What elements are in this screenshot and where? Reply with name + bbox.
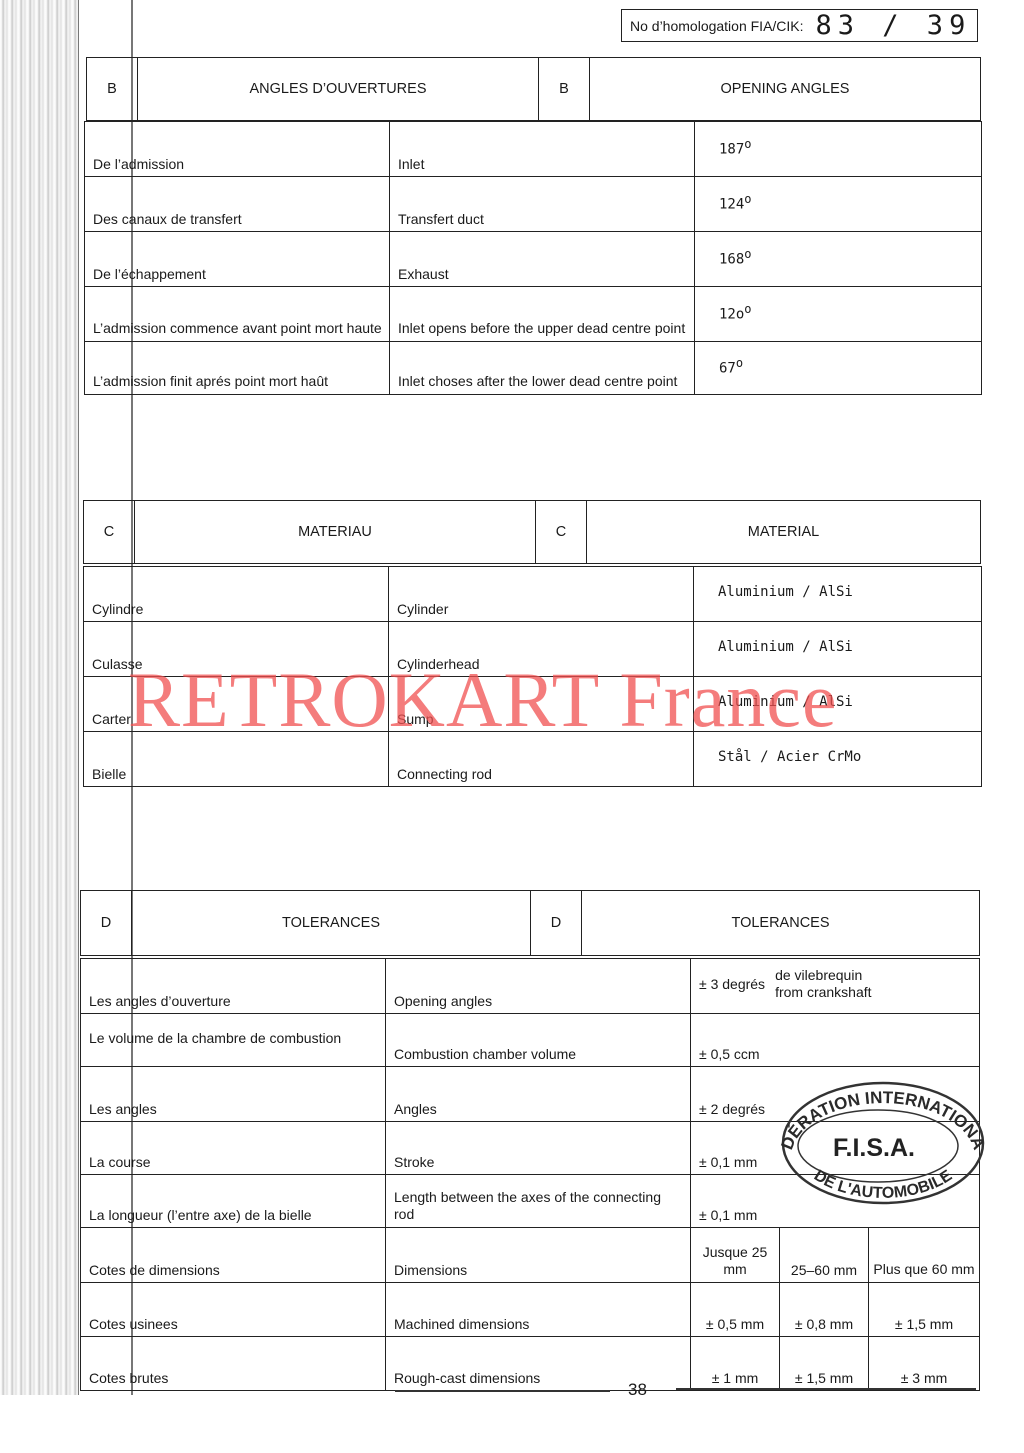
- row-label-fr: L’admission finit aprés point mort haût: [85, 342, 390, 395]
- row-label-en: Opening angles: [386, 959, 691, 1014]
- footer-line: [676, 1388, 976, 1390]
- row-label-fr: Culasse: [84, 622, 389, 677]
- row-value: Aluminium / AlSi: [694, 622, 982, 677]
- row-label-en: Inlet choses after the lower dead centre…: [390, 342, 695, 395]
- row-label-fr: De l’admission: [85, 122, 390, 177]
- scan-margin: [0, 0, 78, 1395]
- row-value: ± 1,5 mm: [780, 1337, 869, 1391]
- row-label-fr: Cotes de dimensions: [81, 1228, 386, 1283]
- section-d-header: D TOLERANCES D TOLERANCES: [80, 890, 980, 956]
- table-row: Cotes usinees Machined dimensions ± 0,5 …: [81, 1283, 980, 1337]
- section-title-en: MATERIAL: [587, 501, 981, 564]
- scan-edge-line: [78, 0, 79, 1395]
- table-row: Bielle Connecting rod Stål / Acier CrMo: [84, 732, 982, 787]
- table-row: Le volume de la chambre de combustion Co…: [81, 1014, 980, 1067]
- row-label-en: Machined dimensions: [386, 1283, 691, 1337]
- row-value: ± 3 mm: [869, 1337, 980, 1391]
- row-value: 12oo: [695, 287, 982, 342]
- section-letter: B: [539, 58, 590, 121]
- tolerance-note-en: from crankshaft: [775, 984, 871, 1001]
- row-label-fr: La longueur (l’entre axe) de la bielle: [81, 1175, 386, 1228]
- row-value: 187o: [695, 122, 982, 177]
- homologation-box: No d’homologation FIA/CIK: 83 / 39: [621, 9, 978, 42]
- row-label-fr: Les angles: [81, 1067, 386, 1122]
- table-row: Cotes brutes Rough-cast dimensions ± 1 m…: [81, 1337, 980, 1391]
- row-value: ± 1 mm: [691, 1337, 780, 1391]
- row-label-en: Sump: [389, 677, 694, 732]
- row-label-fr: Cylindre: [84, 567, 389, 622]
- homologation-label: No d’homologation FIA/CIK:: [630, 18, 804, 34]
- row-label-fr: Carter: [84, 677, 389, 732]
- section-letter: D: [531, 891, 582, 956]
- table-row: L’admission finit aprés point mort haût …: [85, 342, 982, 395]
- homologation-number: 83 / 39: [816, 10, 972, 41]
- table-row: De l’admission Inlet 187o: [85, 122, 982, 177]
- row-value: ± 2 degrés: [691, 1067, 980, 1122]
- row-value: ± 0,1 mm: [691, 1175, 980, 1228]
- section-c-table: Cylindre Cylinder Aluminium / AlSi Culas…: [83, 566, 982, 787]
- section-letter: D: [81, 891, 132, 956]
- column-header: Jusque 25 mm: [691, 1228, 780, 1283]
- section-title-fr: TOLERANCES: [132, 891, 531, 956]
- row-label-en: Length between the axes of the connectin…: [386, 1175, 691, 1228]
- row-label-en: Cylinder: [389, 567, 694, 622]
- section-b-header: B ANGLES D’OUVERTURES B OPENING ANGLES: [86, 57, 981, 121]
- row-value: ± 0,5 ccm: [691, 1014, 980, 1067]
- table-row: De l’échappement Exhaust 168o: [85, 232, 982, 287]
- column-header: Plus que 60 mm: [869, 1228, 980, 1283]
- section-title-fr: MATERIAU: [135, 501, 536, 564]
- row-label-en: Stroke: [386, 1122, 691, 1175]
- table-row: Carter Sump Aluminium / AlSi: [84, 677, 982, 732]
- row-label-en: Dimensions: [386, 1228, 691, 1283]
- row-label-fr: L’admission commence avant point mort ha…: [85, 287, 390, 342]
- page-number: 38: [628, 1380, 647, 1400]
- table-row: Les angles Angles ± 2 degrés: [81, 1067, 980, 1122]
- row-label-en: Inlet: [390, 122, 695, 177]
- section-d-table: Les angles d’ouverture Opening angles ± …: [80, 958, 980, 1391]
- row-label-en: Inlet opens before the upper dead centre…: [390, 287, 695, 342]
- row-value: ± 0,8 mm: [780, 1283, 869, 1337]
- row-value: 168o: [695, 232, 982, 287]
- row-value: Aluminium / AlSi: [694, 677, 982, 732]
- row-label-en: Angles: [386, 1067, 691, 1122]
- row-value: ± 0,5 mm: [691, 1283, 780, 1337]
- section-title-en: TOLERANCES: [582, 891, 980, 956]
- table-row: Cylindre Cylinder Aluminium / AlSi: [84, 567, 982, 622]
- table-row: Les angles d’ouverture Opening angles ± …: [81, 959, 980, 1014]
- table-row: Des canaux de transfert Transfert duct 1…: [85, 177, 982, 232]
- row-label-fr: La course: [81, 1122, 386, 1175]
- table-row: La course Stroke ± 0,1 mm: [81, 1122, 980, 1175]
- row-label-en: Combustion chamber volume: [386, 1014, 691, 1067]
- row-label-fr: Les angles d’ouverture: [81, 959, 386, 1014]
- section-letter: B: [87, 58, 138, 121]
- row-label-fr: Des canaux de transfert: [85, 177, 390, 232]
- table-row: Culasse Cylinderhead Aluminium / AlSi: [84, 622, 982, 677]
- row-value: ± 1,5 mm: [869, 1283, 980, 1337]
- row-value: 67o: [695, 342, 982, 395]
- row-label-fr: De l’échappement: [85, 232, 390, 287]
- table-row: La longueur (l’entre axe) de la bielle L…: [81, 1175, 980, 1228]
- section-b-table: De l’admission Inlet 187o Des canaux de …: [84, 121, 982, 395]
- column-header: 25–60 mm: [780, 1228, 869, 1283]
- footer-line: [395, 1390, 610, 1392]
- row-label-en: Transfert duct: [390, 177, 695, 232]
- row-label-en: Connecting rod: [389, 732, 694, 787]
- section-letter: C: [536, 501, 587, 564]
- table-row: L’admission commence avant point mort ha…: [85, 287, 982, 342]
- table-row: Cotes de dimensions Dimensions Jusque 25…: [81, 1228, 980, 1283]
- row-value: Aluminium / AlSi: [694, 567, 982, 622]
- section-title-fr: ANGLES D’OUVERTURES: [138, 58, 539, 121]
- row-label-fr: Le volume de la chambre de combustion: [81, 1014, 386, 1067]
- row-label-en: Exhaust: [390, 232, 695, 287]
- row-label-fr: Cotes brutes: [81, 1337, 386, 1391]
- row-value: Stål / Acier CrMo: [694, 732, 982, 787]
- row-label-en: Cylinderhead: [389, 622, 694, 677]
- row-label-fr: Cotes usinees: [81, 1283, 386, 1337]
- section-letter: C: [84, 501, 135, 564]
- row-value: ± 3 degrés de vilebrequin from crankshaf…: [691, 959, 980, 1014]
- row-value: 124o: [695, 177, 982, 232]
- row-label-fr: Bielle: [84, 732, 389, 787]
- tolerance-value: ± 3 degrés: [699, 976, 765, 992]
- tolerance-note-fr: de vilebrequin: [775, 967, 871, 984]
- row-value: ± 0,1 mm: [691, 1122, 980, 1175]
- section-title-en: OPENING ANGLES: [590, 58, 981, 121]
- section-c-header: C MATERIAU C MATERIAL: [83, 500, 981, 564]
